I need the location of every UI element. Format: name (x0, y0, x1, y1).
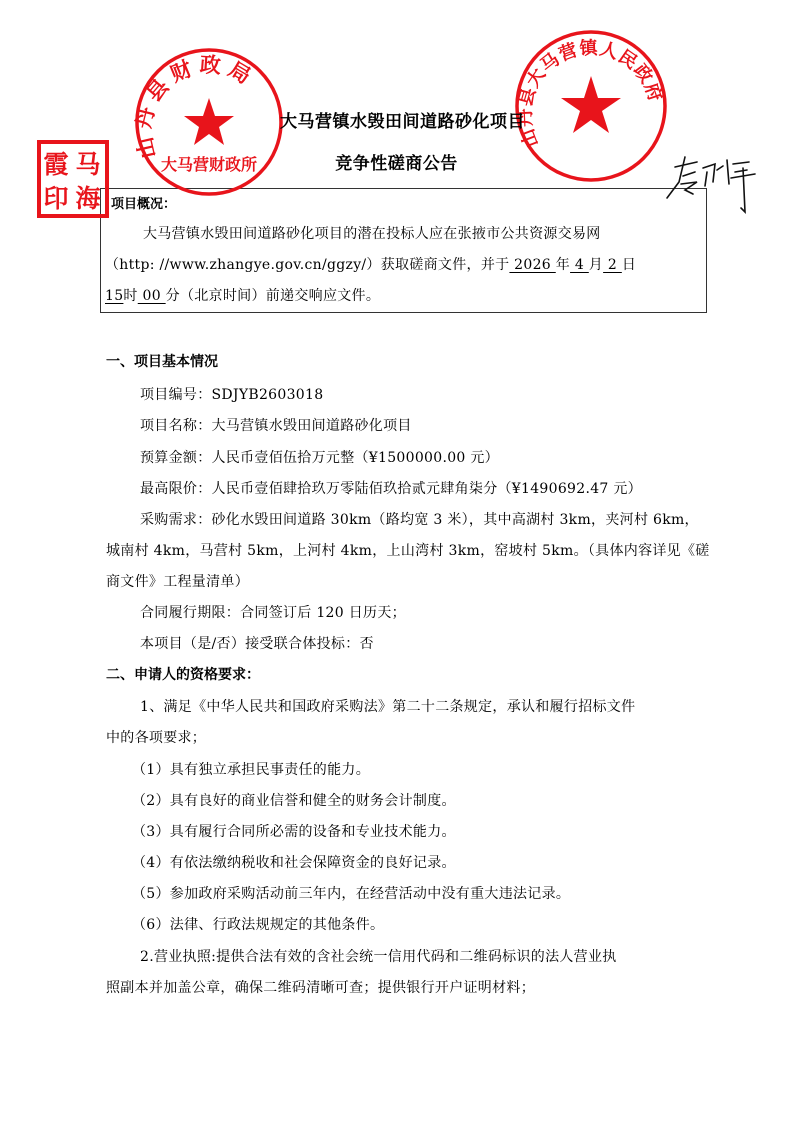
procurement-requirement-line-3: 商文件》工程量清单） (106, 571, 249, 591)
condition-3: （3）具有履行合同所必需的设备和专业技术能力。 (132, 821, 456, 841)
hour-unit: 时 (123, 288, 137, 304)
deadline-minute: 00 (138, 288, 166, 304)
section-1-heading: 一、项目基本情况 (106, 351, 218, 371)
signature-name: 李万涛 (655, 142, 658, 143)
month-unit: 月 (589, 257, 603, 273)
condition-4: （4）有依法缴纳税收和社会保障资金的良好记录。 (132, 852, 456, 872)
seal-char-3: 印 (43, 184, 68, 213)
requirement-2-line-1: 2.营业执照:提供合法有效的含社会统一信用代码和二维码标识的法人营业执 (140, 946, 617, 966)
section-2-heading: 二、申请人的资格要求： (106, 664, 260, 684)
max-price: 最高限价：人民币壹佰肆拾玖万零陆佰玖拾贰元肆角柒分（¥1490692.47 元） (140, 478, 642, 498)
condition-1: （1）具有独立承担民事责任的能力。 (132, 759, 370, 779)
procurement-requirement-line-1: 采购需求：砂化水毁田间道路 30km（路均宽 3 米），其中高湖村 3km，夹河… (140, 509, 699, 529)
project-name: 项目名称：大马营镇水毁田间道路砂化项目 (140, 415, 412, 435)
document-subtitle: 竞争性磋商公告 (0, 149, 793, 174)
deadline-year: 2026 (509, 257, 555, 273)
condition-5: （5）参加政府采购活动前三年内，在经营活动中没有重大违法记录。 (132, 883, 570, 903)
seal-char-4: 海 (75, 184, 101, 213)
requirement-1-line-1: 1、满足《中华人民共和国政府采购法》第二十二条规定，承认和履行招标文件 (140, 696, 635, 716)
overview-line-2: （http: //www.zhangye.gov.cn/ggzy/）获取磋商文件… (105, 254, 636, 274)
deadline-month: 4 (570, 257, 589, 273)
deadline-day: 2 (603, 257, 622, 273)
overview-deadline-suffix: 分（北京时间）前递交响应文件。 (166, 288, 381, 304)
requirement-1-line-2: 中的各项要求； (106, 727, 206, 747)
contract-period: 合同履行期限：合同签订后 120 日历天； (140, 602, 406, 622)
requirement-2-line-2: 照副本并加盖公章，确保二维码清晰可查；提供银行开户证明材料； (106, 977, 535, 997)
budget-amount: 预算金额：人民币壹佰伍拾万元整（¥1500000.00 元） (140, 447, 499, 467)
document-title: 大马营镇水毁田间道路砂化项目 (0, 107, 793, 132)
overview-url-text: （http: //www.zhangye.gov.cn/ggzy/）获取磋商文件… (105, 257, 509, 273)
condition-6: （6）法律、行政法规规定的其他条件。 (132, 914, 384, 934)
project-number: 项目编号：SDJYB2603018 (140, 384, 323, 404)
overview-line-1: 大马营镇水毁田间道路砂化项目的潜在投标人应在张掖市公共资源交易网 (143, 223, 601, 243)
condition-2: （2）具有良好的商业信誉和健全的财务会计制度。 (132, 790, 456, 810)
procurement-requirement-line-2: 城南村 4km，马营村 5km，上河村 4km，上山湾村 3km，窑坡村 5km… (106, 540, 710, 560)
year-unit: 年 (556, 257, 570, 273)
deadline-hour: 15 (105, 288, 123, 304)
consortium-bidding: 本项目（是/否）接受联合体投标：否 (140, 633, 374, 653)
day-unit: 日 (622, 257, 636, 273)
overview-line-3: 15时 00 分（北京时间）前递交响应文件。 (105, 285, 380, 305)
